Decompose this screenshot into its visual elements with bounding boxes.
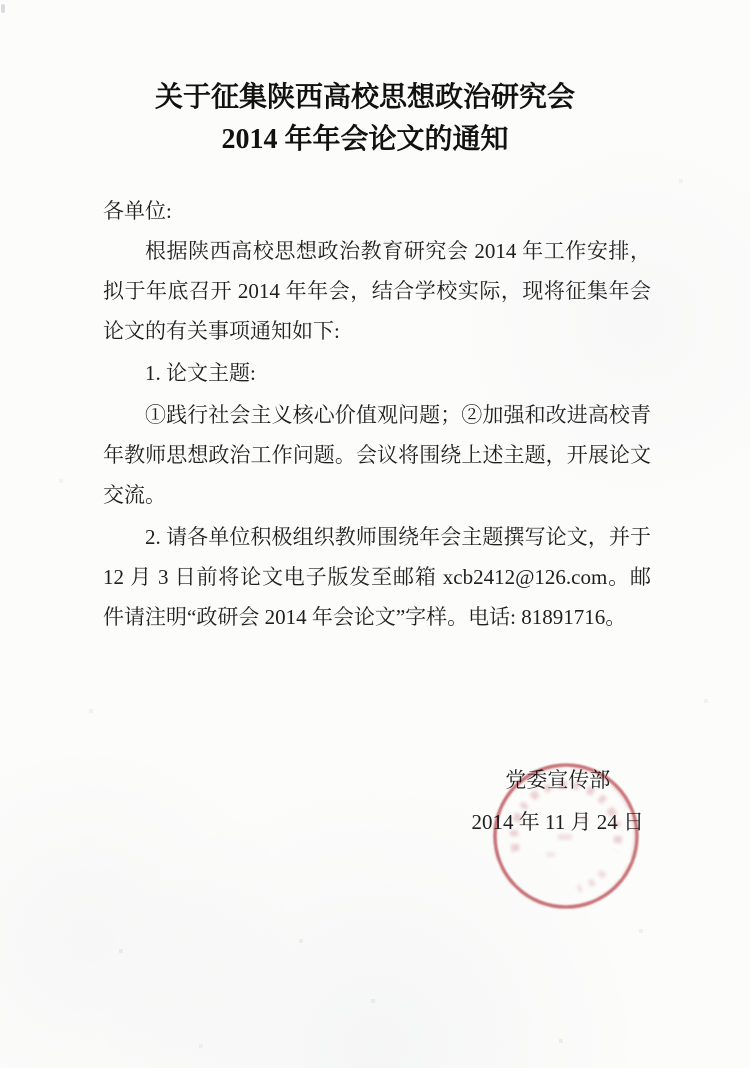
notice-title: 关于征集陕西高校思想政治研究会 2014 年年会论文的通知: [0, 0, 740, 161]
salutation: 各单位:: [103, 191, 651, 231]
paragraph-opening: 根据陕西高校思想政治教育研究会 2014 年工作安排，拟于年底召开 2014 年…: [103, 231, 651, 351]
paragraph-topic-heading: 1. 论文主题:: [103, 353, 651, 393]
signature-department: 党委宣传部: [472, 759, 644, 801]
paragraph-topics: ①践行社会主义核心价值观问题；②加强和改进高校青年教师思想政治工作问题。会议将围…: [103, 395, 651, 515]
paragraph-submission: 2. 请各单位积极组织教师围绕年会主题撰写论文，并于 12 月 3 日前将论文电…: [103, 517, 651, 637]
signature-date: 2014 年 11 月 24 日: [472, 801, 644, 843]
title-line-2: 2014 年年会论文的通知: [0, 119, 740, 161]
scanned-notice-page: 关于征集陕西高校思想政治研究会 2014 年年会论文的通知 各单位: 根据陕西高…: [0, 0, 750, 1068]
title-line-1: 关于征集陕西高校思想政治研究会: [0, 77, 740, 119]
notice-body: 各单位: 根据陕西高校思想政治教育研究会 2014 年工作安排，拟于年底召开 2…: [103, 191, 651, 637]
signature-block: 党委宣传部 2014 年 11 月 24 日: [472, 759, 644, 843]
